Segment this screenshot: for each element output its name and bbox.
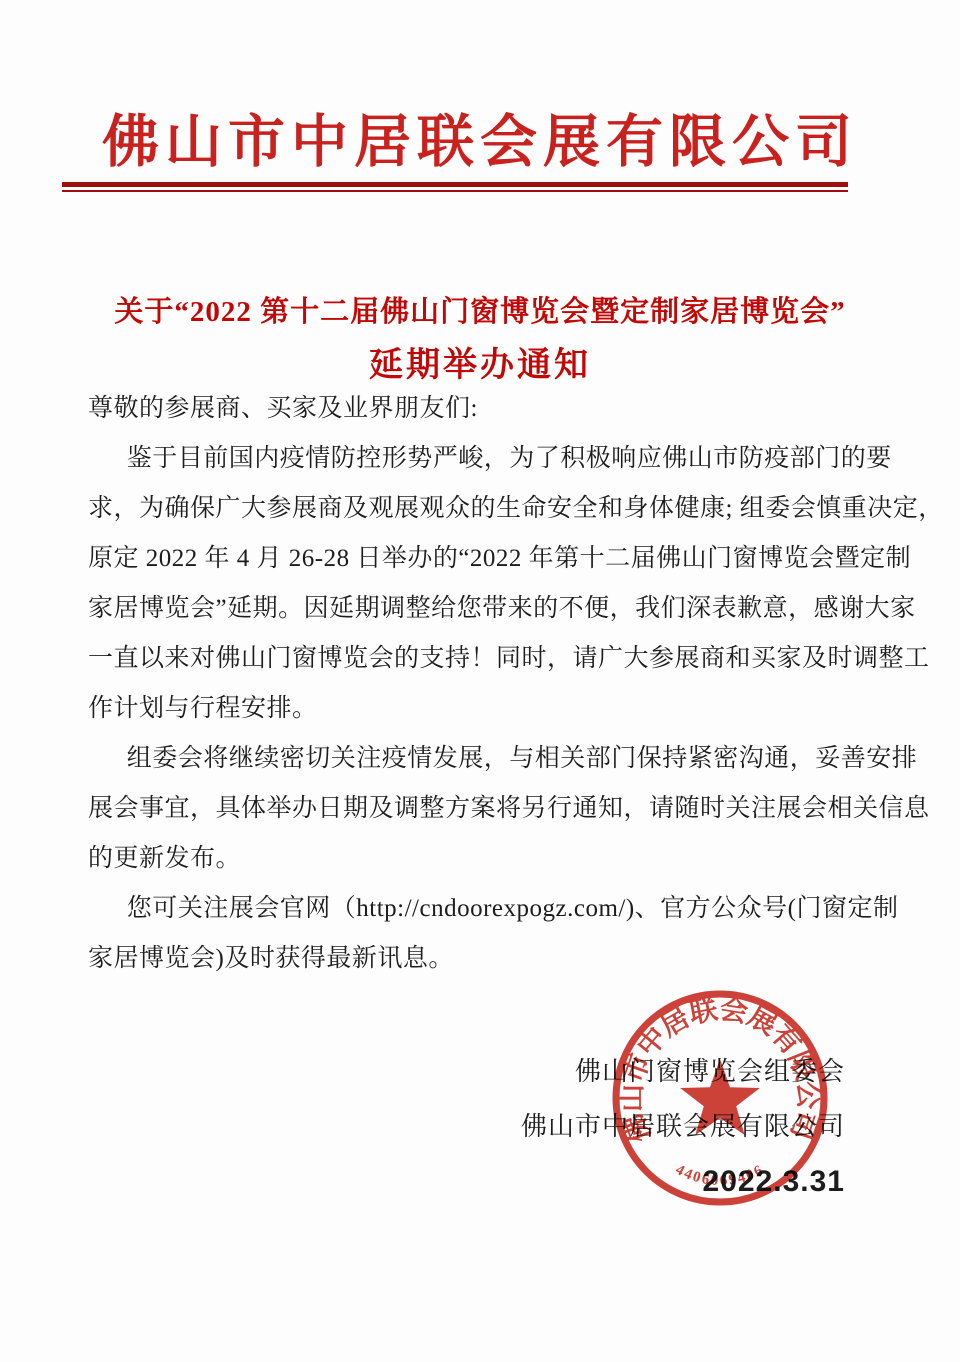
company-seal-stamp: 佛山市中居联会展有限公司 4406069406	[603, 981, 837, 1215]
text-line: 组委会将继续密切关注疫情发展，与相关部门保持紧密沟通，妥善安排	[88, 734, 888, 784]
notice-body: 尊敬的参展商、买家及业界朋友们: 鉴于目前国内疫情防控形势严峻，为了积极响应佛山…	[88, 384, 888, 984]
notice-title-line2: 延期举办通知	[0, 337, 960, 386]
text-line: 家居博览会)及时获得最新讯息。	[88, 934, 888, 984]
text-line: 原定 2022 年 4 月 26-28 日举办的“2022 年第十二届佛山门窗博…	[88, 534, 888, 584]
paragraph-1: 鉴于目前国内疫情防控形势严峻，为了积极响应佛山市防疫部门的要求，为确保广大参展商…	[88, 434, 888, 734]
seal-star-icon	[680, 1059, 760, 1135]
text-line: 您可关注展会官网（http://cndoorexpogz.com/)、官方公众号…	[88, 884, 888, 934]
text-line: 展会事宜，具体举办日期及调整方案将另行通知，请随时关注展会相关信息	[88, 784, 888, 834]
salutation-line: 尊敬的参展商、买家及业界朋友们:	[88, 384, 888, 434]
text-line: 作计划与行程安排。	[88, 684, 888, 734]
document-page: 佛山市中居联会展有限公司 关于“2022 第十二届佛山门窗博览会暨定制家居博览会…	[0, 0, 960, 1362]
seal-serial-number: 4406069406	[673, 1162, 767, 1189]
text-line: 家居博览会”延期。因延期调整给您带来的不便，我们深表歉意，感谢大家	[88, 584, 888, 634]
letterhead-divider	[62, 182, 848, 192]
seal-serial-container: 4406069406	[673, 1162, 767, 1189]
paragraph-3: 您可关注展会官网（http://cndoorexpogz.com/)、官方公众号…	[88, 884, 888, 984]
letterhead-company-name: 佛山市中居联会展有限公司	[0, 96, 960, 178]
notice-title-line1: 关于“2022 第十二届佛山门窗博览会暨定制家居博览会”	[0, 289, 960, 330]
paragraph-2: 组委会将继续密切关注疫情发展，与相关部门保持紧密沟通，妥善安排展会事宜，具体举办…	[88, 734, 888, 884]
text-line: 的更新发布。	[88, 834, 888, 884]
text-line: 一直以来对佛山门窗博览会的支持！同时，请广大参展商和买家及时调整工	[88, 634, 888, 684]
text-line: 鉴于目前国内疫情防控形势严峻，为了积极响应佛山市防疫部门的要	[88, 434, 888, 484]
text-line: 求，为确保广大参展商及观展观众的生命安全和身体健康; 组委会慎重决定，	[88, 484, 888, 534]
